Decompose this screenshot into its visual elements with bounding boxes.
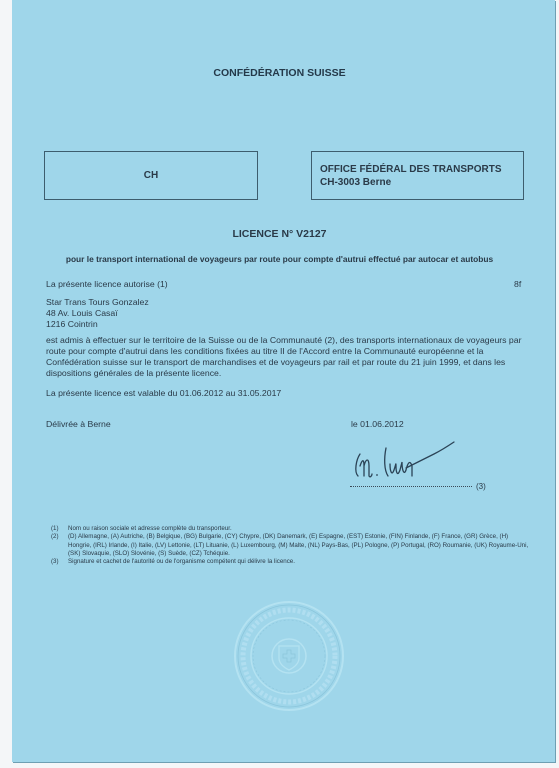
holder-name: Star Trans Tours Gonzalez	[46, 297, 149, 308]
issued-at: Délivrée à Berne	[46, 419, 111, 430]
embossed-seal-icon	[233, 600, 345, 712]
footnote-1: (1) Nom ou raison sociale et adresse com…	[51, 525, 531, 533]
holder-street: 48 Av. Louis Casaï	[46, 308, 149, 319]
form-code: 8f	[514, 279, 521, 290]
office-box: OFFICE FÉDÉRAL DES TRANSPORTS CH-3003 Be…	[311, 151, 524, 200]
document-header: CONFÉDÉRATION SUISSE	[0, 67, 559, 79]
authorises-text: La présente licence autorise (1)	[46, 279, 168, 290]
licence-paragraph: est admis à effectuer sur le territoire …	[46, 335, 526, 379]
holder-block: Star Trans Tours Gonzalez 48 Av. Louis C…	[46, 297, 149, 330]
country-box: CH	[44, 151, 258, 200]
office-name: OFFICE FÉDÉRAL DES TRANSPORTS	[320, 163, 523, 176]
licence-subtitle: pour le transport international de voyag…	[0, 254, 559, 264]
signature-line	[350, 486, 472, 487]
office-address: CH-3003 Berne	[320, 176, 523, 189]
country-code: CH	[144, 170, 158, 181]
signature-note: (3)	[476, 482, 486, 491]
validity-text: La présente licence est valable du 01.06…	[46, 388, 281, 399]
signature	[350, 440, 490, 484]
holder-city: 1216 Cointrin	[46, 319, 149, 330]
footnote-3: (3) Signature et cachet de l'autorité ou…	[51, 558, 531, 566]
licence-title: LICENCE N° V2127	[0, 228, 559, 240]
footnotes: (1) Nom ou raison sociale et adresse com…	[51, 525, 531, 566]
footnote-2: (2) (D) Allemagne, (A) Autriche, (B) Bel…	[51, 533, 531, 558]
issued-date: le 01.06.2012	[351, 419, 404, 430]
